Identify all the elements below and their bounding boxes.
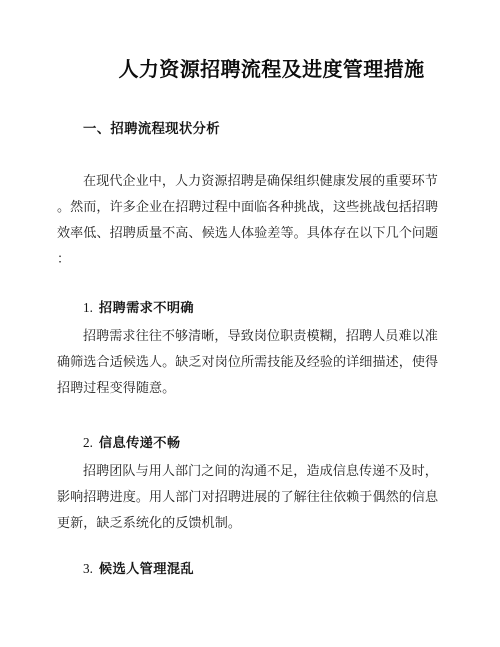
- paragraph-line: 招聘过程变得随意。: [57, 375, 438, 401]
- paragraph-line: 影响招聘进度。用人部门对招聘进展的了解往往依赖于偶然的信息: [57, 484, 438, 510]
- paragraph-line: 在现代企业中，人力资源招聘是确保组织健康发展的重要环节: [57, 168, 438, 194]
- item-number: 2.: [83, 435, 93, 450]
- paragraph-line: 招聘团队与用人部门之间的沟通不足，造成信息传递不及时，: [57, 458, 438, 484]
- intro-paragraph: 在现代企业中，人力资源招聘是确保组织健康发展的重要环节 。然而，许多企业在招聘过…: [57, 168, 438, 272]
- section-heading: 一、招聘流程现状分析: [57, 116, 438, 142]
- item-number: 1.: [83, 300, 93, 315]
- item-paragraph-2: 招聘团队与用人部门之间的沟通不足，造成信息传递不及时， 影响招聘进度。用人部门对…: [57, 458, 438, 536]
- document-page: 人力资源招聘流程及进度管理措施 一、招聘流程现状分析 在现代企业中，人力资源招聘…: [0, 0, 500, 647]
- item-number: 3.: [83, 561, 93, 576]
- paragraph-line: 。然而，许多企业在招聘过程中面临各种挑战，这些挑战包括招聘: [57, 194, 438, 220]
- paragraph-line: 确筛选合适候选人。缺乏对岗位所需技能及经验的详细描述，使得: [57, 349, 438, 375]
- item-title: 招聘需求不明确: [99, 300, 194, 315]
- item-heading-3: 3.候选人管理混乱: [57, 556, 438, 582]
- item-title: 信息传递不畅: [99, 435, 181, 450]
- paragraph-line: 招聘需求往往不够清晰，导致岗位职责模糊，招聘人员难以准: [57, 323, 438, 349]
- paragraph-line: 更新，缺乏系统化的反馈机制。: [57, 510, 438, 536]
- item-heading-2: 2.信息传递不畅: [57, 430, 438, 456]
- item-paragraph-1: 招聘需求往往不够清晰，导致岗位职责模糊，招聘人员难以准 确筛选合适候选人。缺乏对…: [57, 323, 438, 401]
- paragraph-line: ：: [57, 246, 438, 272]
- document-title: 人力资源招聘流程及进度管理措施: [57, 57, 438, 84]
- item-heading-1: 1.招聘需求不明确: [57, 295, 438, 321]
- paragraph-line: 效率低、招聘质量不高、候选人体验差等。具体存在以下几个问题: [57, 220, 438, 246]
- item-title: 候选人管理混乱: [99, 561, 194, 576]
